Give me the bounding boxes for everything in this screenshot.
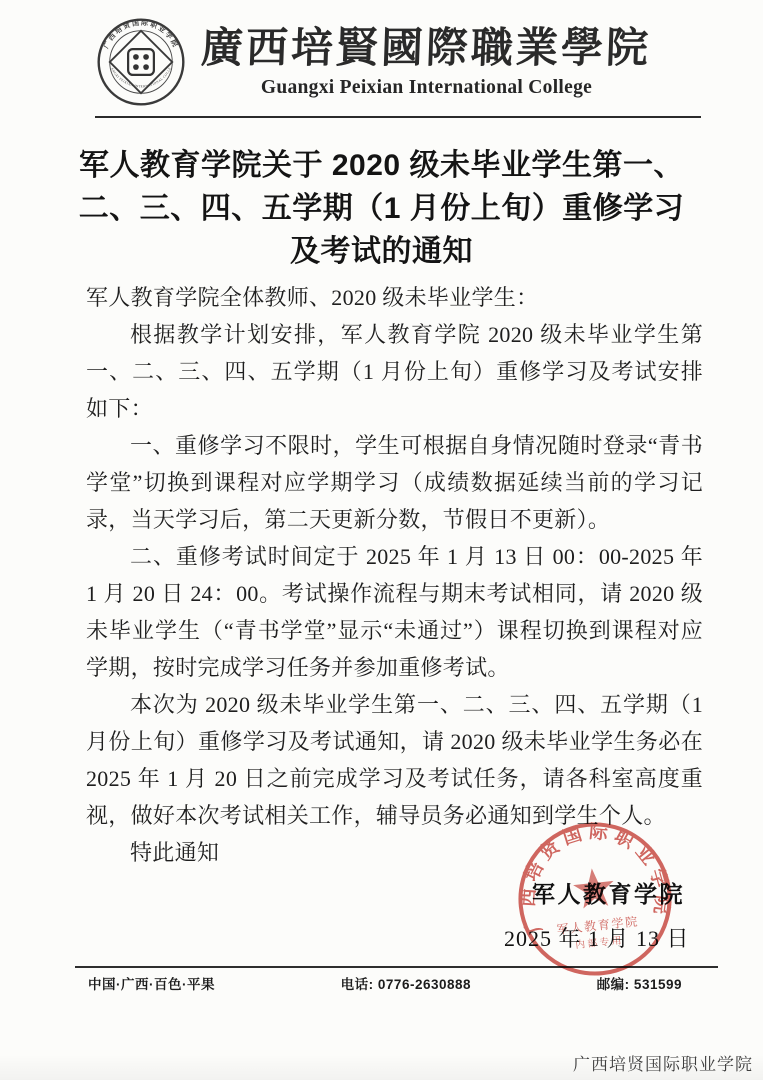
letterhead: 广西培贤国际职业学院 GUANGXI PEIXIAN INTERNATIONAL… [0, 0, 763, 108]
footer-location: 中国·广西·百色·平果 [88, 973, 215, 993]
letterhead-divider [95, 116, 701, 118]
svg-text:广西培贤国际职业学院: 广西培贤国际职业学院 [102, 18, 182, 50]
paragraph-item1: 一、重修学习不限时，学生可根据自身情况随时登录“青书学堂”切换到课程对应学期学习… [86, 427, 703, 538]
paragraph-item2: 二、重修考试时间定于 2025 年 1 月 13 日 00：00-2025 年 … [86, 538, 703, 686]
notice-title: 军人教育学院关于 2020 级未毕业学生第一、 二、三、四、五学期（1 月份上旬… [0, 144, 763, 273]
notice-title-line3: 及考试的通知 [0, 230, 763, 273]
college-logo-icon: 广西培贤国际职业学院 GUANGXI PEIXIAN INTERNATIONAL… [95, 16, 187, 108]
signature-date: 2025 年 1 月 13 日 [504, 922, 690, 953]
notice-body: 军人教育学院全体教师、2020 级未毕业学生： 根据教学计划安排，军人教育学院 … [86, 279, 703, 871]
closing-phrase: 特此通知 [86, 834, 703, 871]
footer-divider [75, 966, 718, 968]
corner-watermark: 广西培贤国际职业学院 [573, 1050, 753, 1075]
footer-postal-code: 邮编: 531599 [597, 973, 682, 993]
salutation: 军人教育学院全体教师、2020 级未毕业学生： [86, 279, 703, 316]
notice-title-line1: 军人教育学院关于 2020 级未毕业学生第一、 [0, 144, 763, 187]
college-name-chinese: 廣西培賢國際職業學院 [201, 24, 653, 74]
footer-phone: 电话: 0776-2630888 [341, 973, 471, 993]
paragraph-intro: 根据教学计划安排，军人教育学院 2020 级未毕业学生第一、二、三、四、五学期（… [86, 316, 703, 427]
paragraph-summary: 本次为 2020 级未毕业学生第一、二、三、四、五学期（1 月份上旬）重修学习及… [86, 686, 703, 834]
notice-title-line2: 二、三、四、五学期（1 月份上旬）重修学习 [0, 187, 763, 230]
signature-organization: 军人教育学院 [532, 876, 685, 909]
footer: 中国·广西·百色·平果 电话: 0776-2630888 邮编: 531599 [88, 973, 682, 993]
college-name-english: Guangxi Peixian International College [261, 76, 592, 100]
scanned-notice-document: 广西培贤国际职业学院 GUANGXI PEIXIAN INTERNATIONAL… [0, 0, 763, 1080]
